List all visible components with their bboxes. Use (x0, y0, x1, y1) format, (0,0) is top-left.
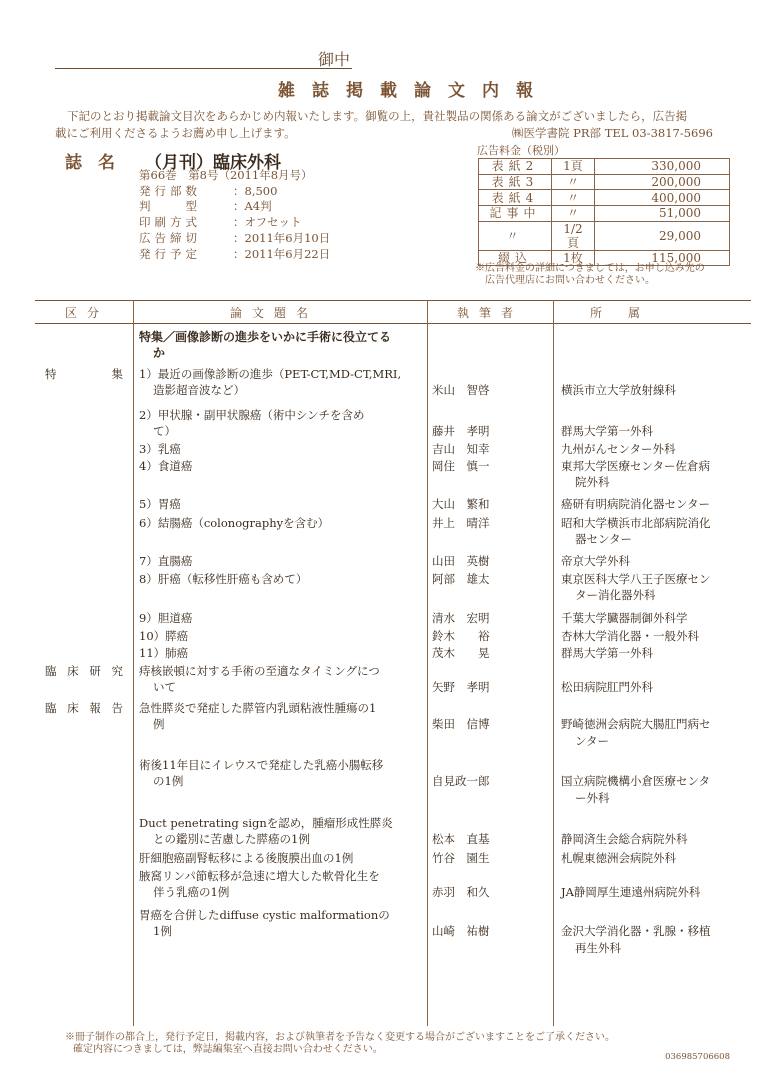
article-author: 柴田 信博 (432, 716, 552, 732)
article-title: 9）胆道癌 (139, 610, 424, 626)
article-author: 大山 繁和 (432, 496, 552, 512)
article-title: 8）肝癌（転移性肝癌も含めて） (139, 571, 424, 587)
article-author: 井上 晴洋 (432, 515, 552, 531)
article-title: 6）結腸癌（colonographyを含む） (139, 515, 424, 531)
article-author: 米山 智啓 (432, 382, 552, 398)
article-author: 鈴木 裕 (432, 628, 552, 644)
articles-table-header: 区分 論文題名 執筆者 所属 (35, 300, 751, 324)
ad-rate-row: 表紙3〃200,000 (479, 174, 730, 190)
document-title: 雑誌掲載論文内報 (0, 76, 768, 101)
article-title: 7）直腸癌 (139, 553, 424, 569)
header-author: 執筆者 (457, 304, 523, 321)
article-affiliation: 群馬大学第一外科 (561, 645, 751, 661)
article-author: 岡住 慎一 (432, 458, 552, 474)
article-title: 2）甲状腺・副甲状腺癌（術中シンチを含めて） (139, 407, 424, 440)
article-title: 胃癌を合併したdiffuse cystic malformationの1例 (139, 907, 424, 940)
info-row: 判 型：A4判 (139, 199, 330, 215)
article-affiliation: 千葉大学臓器制御外科学 (561, 610, 751, 626)
issue-number: 第66巻 第8号（2011年8月号） (139, 168, 313, 184)
article-author: 藤井 孝明 (432, 423, 552, 439)
ad-rates-note: ※広告料金の詳細につきましては，お申し込み先の 広告代理店にお問い合わせください… (475, 263, 735, 286)
article-author: 竹谷 園生 (432, 850, 552, 866)
ad-rate-row: 〃1/2頁29,000 (479, 221, 730, 250)
article-author: 赤羽 和久 (432, 884, 552, 900)
article-affiliation: 群馬大学第一外科 (561, 423, 751, 439)
article-title: Duct penetrating signを認め，腫瘤形成性膵炎との鑑別に苦慮し… (139, 815, 424, 848)
article-title: 肝細胞癌副腎転移による後腹膜出血の1例 (139, 850, 424, 866)
article-author: 自見政一郎 (432, 773, 552, 789)
info-row: 広告締切：2011年6月10日 (139, 231, 330, 247)
info-row: 発行部数：8,500 (139, 184, 330, 200)
article-title: 急性膵炎で発症した膵管内乳頭粘液性腫瘍の1例 (139, 700, 424, 733)
article-author: 清水 宏明 (432, 610, 552, 626)
column-divider (427, 300, 428, 1026)
article-affiliation: 野崎徳洲会病院大腸肛門病センター (561, 716, 751, 749)
article-affiliation: 国立病院機構小倉医療センター外科 (561, 773, 751, 806)
article-author: 吉山 知幸 (432, 441, 552, 457)
article-affiliation: JA静岡厚生連遠州病院外科 (561, 884, 751, 900)
article-affiliation: 癌研有明病院消化器センター (561, 496, 751, 512)
category-label: 臨床報告 (45, 700, 123, 716)
addressee-underline (55, 68, 352, 69)
article-title: 3）乳癌 (139, 441, 424, 457)
addressee: 御中 (318, 47, 350, 70)
header-title: 論文題名 (230, 304, 318, 321)
article-title: 11）肺癌 (139, 645, 424, 661)
article-author: 山田 英樹 (432, 553, 552, 569)
article-author: 山崎 祐樹 (432, 923, 552, 939)
article-affiliation: 横浜市立大学放射線科 (561, 382, 751, 398)
article-affiliation: 東邦大学医療センター佐倉病院外科 (561, 458, 751, 491)
magazine-label: 誌名 (65, 148, 131, 173)
document-code: 0369857066​08 (665, 1052, 730, 1062)
article-affiliation: 松田病院肛門外科 (561, 679, 751, 695)
article-author: 松本 直基 (432, 831, 552, 847)
ad-rates-title: 広告料金（税別） (477, 142, 565, 158)
article-affiliation: 金沢大学消化器・乳腺・移植再生外科 (561, 923, 751, 956)
ad-rate-row: 記事中〃51,000 (479, 206, 730, 222)
magazine-info: 第66巻 第8号（2011年8月号） 発行部数：8,500 判 型：A4判 印刷… (139, 168, 330, 262)
column-divider (553, 300, 554, 1026)
article-author: 矢野 孝明 (432, 679, 552, 695)
header-category: 区分 (65, 304, 109, 321)
article-affiliation: 東京医科大学八王子医療センター消化器外科 (561, 571, 751, 604)
article-title: 5）胃癌 (139, 496, 424, 512)
column-divider (133, 300, 134, 1026)
header-affiliation: 所属 (590, 304, 666, 321)
article-title: 4）食道癌 (139, 458, 424, 474)
publisher-contact: ㈱医学書院 PR部 TEL 03-3817-5696 (512, 125, 713, 141)
category-label: 臨床研究 (45, 663, 123, 679)
info-row: 発行予定：2011年6月22日 (139, 247, 330, 263)
article-affiliation: 静岡済生会総合病院外科 (561, 831, 751, 847)
article-title: 痔核嵌頓に対する手術の至適なタイミングについて (139, 663, 424, 696)
footer-note: ※冊子制作の都合上，発行予定日，掲載内容，および執筆者を予告なく変更する場合がご… (65, 1032, 615, 1056)
article-affiliation: 帝京大学外科 (561, 553, 751, 569)
article-title: 10）膵癌 (139, 628, 424, 644)
article-author: 阿部 雄太 (432, 571, 552, 587)
article-author: 茂木 晃 (432, 645, 552, 661)
article-title: 術後11年目にイレウスで発症した乳癌小腸転移の1例 (139, 757, 424, 790)
ad-rate-row: 表紙21頁330,000 (479, 159, 730, 175)
article-affiliation: 九州がんセンター外科 (561, 441, 751, 457)
category-label: 特集 (45, 366, 123, 382)
ad-rates-table: 表紙21頁330,000 表紙3〃200,000 表紙4〃400,000 記事中… (478, 158, 730, 266)
info-row: 印刷方式：オフセット (139, 215, 330, 231)
article-title: 1）最近の画像診断の進歩（PET-CT,MD-CT,MRI,造影超音波など） (139, 366, 424, 399)
ad-rate-row: 表紙4〃400,000 (479, 190, 730, 206)
article-affiliation: 昭和大学横浜市北部病院消化器センター (561, 515, 751, 548)
article-title: 腋窩リンパ節転移が急速に増大した軟骨化生を伴う乳癌の1例 (139, 868, 424, 901)
intro-line-1: 下記のとおり掲載論文目次をあらかじめ内報いたします。御覧の上，貴社製品の関係ある… (55, 108, 715, 125)
feature-heading: 特集／画像診断の進歩をいかに手術に役立てるか (139, 329, 424, 362)
article-affiliation: 札幌東徳洲会病院外科 (561, 850, 751, 866)
article-affiliation: 杏林大学消化器・一般外科 (561, 628, 751, 644)
